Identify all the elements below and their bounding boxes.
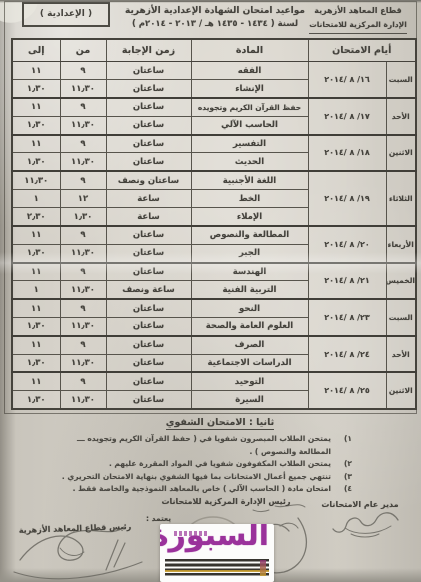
from-cell: ١١٫٣٠ — [60, 317, 106, 335]
subject-cell: حفظ القرآن الكريم وتجويده — [191, 98, 308, 116]
note-item: ٢) يمتحن الطلاب المكفوفون شفويا في الموا… — [48, 458, 352, 471]
note-number: ١) — [338, 433, 352, 458]
table-row: الأحد ١٧/ ٨ /٢٠١٤ حفظ القرآن الكريم وتجو… — [12, 98, 416, 116]
table-row: الخميس ٢١/ ٨ /٢٠١٤ الهندسة ساعتان ٩ ١١ — [12, 263, 416, 281]
day-cell: الاثنين — [386, 372, 416, 409]
title-line2: لسنة ( ١٤٣٤ - ١٤٣٥ هـ / ٢٠١٣ - ٢٠١٤م ) — [108, 18, 322, 31]
date-cell: ١٧/ ٨ /٢٠١٤ — [308, 98, 386, 135]
day-cell: الأحد — [386, 336, 416, 373]
table-row: السبت ٢٣/ ٨ /٢٠١٤ النحو ساعتان ٩ ١١ — [12, 299, 416, 317]
from-cell: ٩ — [60, 171, 106, 189]
from-cell: ٩ — [60, 62, 106, 80]
subject-cell: النحو — [191, 299, 308, 317]
to-cell: ١١ — [12, 98, 60, 116]
department-line2: الإدارة المركزية للامتحانات — [309, 18, 407, 34]
from-cell: ١١٫٣٠ — [60, 281, 106, 299]
duration-cell: ساعتان — [106, 299, 191, 317]
day-cell: الأحد — [386, 98, 416, 135]
to-cell: ١١ — [12, 336, 60, 354]
date-cell: ٢٥/ ٨ /٢٠١٤ — [308, 372, 386, 409]
date-cell: ٢٠/ ٨ /٢٠١٤ — [308, 226, 386, 263]
signature-title-exams-director: مدير عام الامتحانات — [309, 500, 411, 509]
note-text: تنتهي جميع أعمال الامتحانات بما فيها الش… — [48, 471, 338, 484]
from-cell: ١١٫٣٠ — [60, 116, 106, 134]
from-cell: ٩ — [60, 226, 106, 244]
oral-exam-notes: ثانيا : الامتحان الشفوي ١) يمتحن الطلاب … — [8, 417, 410, 496]
date-cell: ٢١/ ٨ /٢٠١٤ — [308, 263, 386, 300]
subject-cell: الجبر — [191, 244, 308, 262]
note-text: يمتحن الطلاب المبصرون شفويا في ( حفظ الق… — [48, 433, 338, 458]
from-cell: ١٫٣٠ — [60, 208, 106, 226]
to-cell: ١٫٣٠ — [12, 354, 60, 372]
duration-cell: ساعتان — [106, 226, 191, 244]
from-cell: ٩ — [60, 299, 106, 317]
duration-cell: ساعتان — [106, 62, 191, 80]
from-cell: ١٢ — [60, 189, 106, 207]
scanned-exam-schedule-document: قطاع المعاهد الأزهرية الإدارة المركزية ل… — [0, 0, 421, 582]
header-subject: المادة — [191, 39, 308, 62]
signature-title-central-admin-head: رئيس الإدارة المركزية للامتحانات — [148, 497, 304, 506]
subject-cell: الإنشاء — [191, 80, 308, 98]
header-days: أيام الامتحان — [308, 39, 416, 62]
to-cell: ١١ — [12, 226, 60, 244]
subject-cell: التفسير — [191, 135, 308, 153]
date-cell: ١٩/ ٨ /٢٠١٤ — [308, 171, 386, 226]
date-cell: ١٨/ ٨ /٢٠١٤ — [308, 135, 386, 172]
to-cell: ١١ — [12, 372, 60, 390]
duration-cell: ساعة — [106, 208, 191, 226]
date-cell: ١٦/ ٨ /٢٠١٤ — [308, 62, 386, 99]
day-cell: الأربعاء — [386, 226, 416, 263]
to-cell: ١١ — [12, 135, 60, 153]
duration-cell: ساعتان — [106, 391, 191, 409]
table-row: الاثنين ١٨/ ٨ /٢٠١٤ التفسير ساعتان ٩ ١١ — [12, 135, 416, 153]
logo-tagline-mark — [174, 531, 208, 536]
subject-cell: الحديث — [191, 153, 308, 171]
header-from: من — [60, 39, 106, 62]
day-cell: السبت — [386, 299, 416, 336]
note-number: ٣) — [338, 471, 352, 484]
to-cell: ١٫٣٠ — [12, 116, 60, 134]
duration-cell: ساعتان — [106, 135, 191, 153]
day-cell: الثلاثاء — [386, 171, 416, 226]
logo-accent-mark — [260, 560, 266, 576]
duration-cell: ساعتان — [106, 153, 191, 171]
from-cell: ١١٫٣٠ — [60, 153, 106, 171]
duration-cell: ساعة — [106, 189, 191, 207]
subject-cell: اللغة الأجنبية — [191, 171, 308, 189]
note-number: ٢) — [338, 458, 352, 471]
table-row: الثلاثاء ١٩/ ٨ /٢٠١٤ اللغة الأجنبية ساعت… — [12, 171, 416, 189]
to-cell: ١٫٣٠ — [12, 80, 60, 98]
note-text: يمتحن الطلاب المكفوفون شفويا في المواد ا… — [48, 458, 338, 471]
date-cell: ٢٣/ ٨ /٢٠١٤ — [308, 299, 386, 336]
to-cell: ١ — [12, 189, 60, 207]
subject-cell: الخط — [191, 189, 308, 207]
note-number: ٤) — [338, 483, 352, 496]
to-cell: ١٫٣٠ — [12, 391, 60, 409]
from-cell: ١١٫٣٠ — [60, 391, 106, 409]
date-cell: ٢٤/ ٨ /٢٠١٤ — [308, 336, 386, 373]
duration-cell: ساعتان — [106, 372, 191, 390]
table-header-row: أيام الامتحان المادة زمن الإجابة من إلى — [12, 39, 416, 62]
duration-cell: ساعتان ونصف — [106, 171, 191, 189]
subject-cell: التربية الفنية — [191, 281, 308, 299]
subject-cell: الهندسة — [191, 263, 308, 281]
to-cell: ١١ — [12, 62, 60, 80]
duration-cell: ساعتان — [106, 98, 191, 116]
duration-cell: ساعة ونصف — [106, 281, 191, 299]
document-title: مواعيد امتحان الشهادة الإعدادية الأزهرية… — [108, 5, 322, 31]
from-cell: ٩ — [60, 372, 106, 390]
to-cell: ١٫٣٠ — [12, 153, 60, 171]
duration-cell: ساعتان — [106, 354, 191, 372]
from-cell: ١١٫٣٠ — [60, 244, 106, 262]
subject-cell: العلوم العامة والصحة — [191, 317, 308, 335]
note-text: امتحان مادة ( الحاسب الآلي ) خاص بالمعاه… — [48, 483, 338, 496]
subject-cell: الإملاء — [191, 208, 308, 226]
subject-cell: التوحيد — [191, 372, 308, 390]
logo-gold-line — [165, 570, 269, 572]
to-cell: ١١ — [12, 299, 60, 317]
duration-cell: ساعتان — [106, 116, 191, 134]
to-cell: ١١٫٣٠ — [12, 171, 60, 189]
stage-box: ( الإعدادية ) — [22, 2, 110, 27]
from-cell: ٩ — [60, 336, 106, 354]
header-to: إلى — [12, 39, 60, 62]
duration-cell: ساعتان — [106, 244, 191, 262]
duration-cell: ساعتان — [106, 317, 191, 335]
to-cell: ١٫٣٠ — [12, 317, 60, 335]
note-item: ٣) تنتهي جميع أعمال الامتحانات بما فيها … — [48, 471, 352, 484]
header-duration: زمن الإجابة — [106, 39, 191, 62]
table-row: الأحد ٢٤/ ٨ /٢٠١٤ الصرف ساعتان ٩ ١١ — [12, 336, 416, 354]
logo-stripes — [165, 559, 269, 576]
from-cell: ١١٫٣٠ — [60, 354, 106, 372]
to-cell: ١ — [12, 281, 60, 299]
to-cell: ٢٫٣٠ — [12, 208, 60, 226]
table-row: الأربعاء ٢٠/ ٨ /٢٠١٤ المطالعة والنصوص سا… — [12, 226, 416, 244]
subject-cell: الحاسب الآلي — [191, 116, 308, 134]
table-row: الاثنين ٢٥/ ٨ /٢٠١٤ التوحيد ساعتان ٩ ١١ — [12, 372, 416, 390]
from-cell: ٩ — [60, 263, 106, 281]
subject-cell: السيرة — [191, 391, 308, 409]
to-cell: ١٫٣٠ — [12, 244, 60, 262]
logo-wordmark: السبورة — [160, 524, 269, 554]
from-cell: ٩ — [60, 135, 106, 153]
elsabbora-watermark-logo: السبورة — [160, 524, 274, 582]
note-item: ١) يمتحن الطلاب المبصرون شفويا في ( حفظ … — [48, 433, 352, 458]
title-line1: مواعيد امتحان الشهادة الإعدادية الأزهرية — [108, 5, 322, 18]
table-row: السبت ١٦/ ٨ /٢٠١٤ الفقه ساعتان ٩ ١١ — [12, 62, 416, 80]
day-cell: السبت — [386, 62, 416, 99]
duration-cell: ساعتان — [106, 336, 191, 354]
note-item: ٤) امتحان مادة ( الحاسب الآلي ) خاص بالم… — [48, 483, 352, 496]
to-cell: ١١ — [12, 263, 60, 281]
subject-cell: الصرف — [191, 336, 308, 354]
approval-label: يعتمد : — [146, 514, 171, 523]
day-cell: الاثنين — [386, 135, 416, 172]
duration-cell: ساعتان — [106, 80, 191, 98]
subject-cell: الفقه — [191, 62, 308, 80]
duration-cell: ساعتان — [106, 263, 191, 281]
from-cell: ٩ — [60, 98, 106, 116]
day-cell: الخميس — [386, 263, 416, 300]
notes-title: ثانيا : الامتحان الشفوي — [120, 417, 320, 430]
from-cell: ١١٫٣٠ — [60, 80, 106, 98]
subject-cell: المطالعة والنصوص — [191, 226, 308, 244]
exam-schedule-table: أيام الامتحان المادة زمن الإجابة من إلى … — [11, 38, 417, 410]
subject-cell: الدراسات الاجتماعية — [191, 354, 308, 372]
